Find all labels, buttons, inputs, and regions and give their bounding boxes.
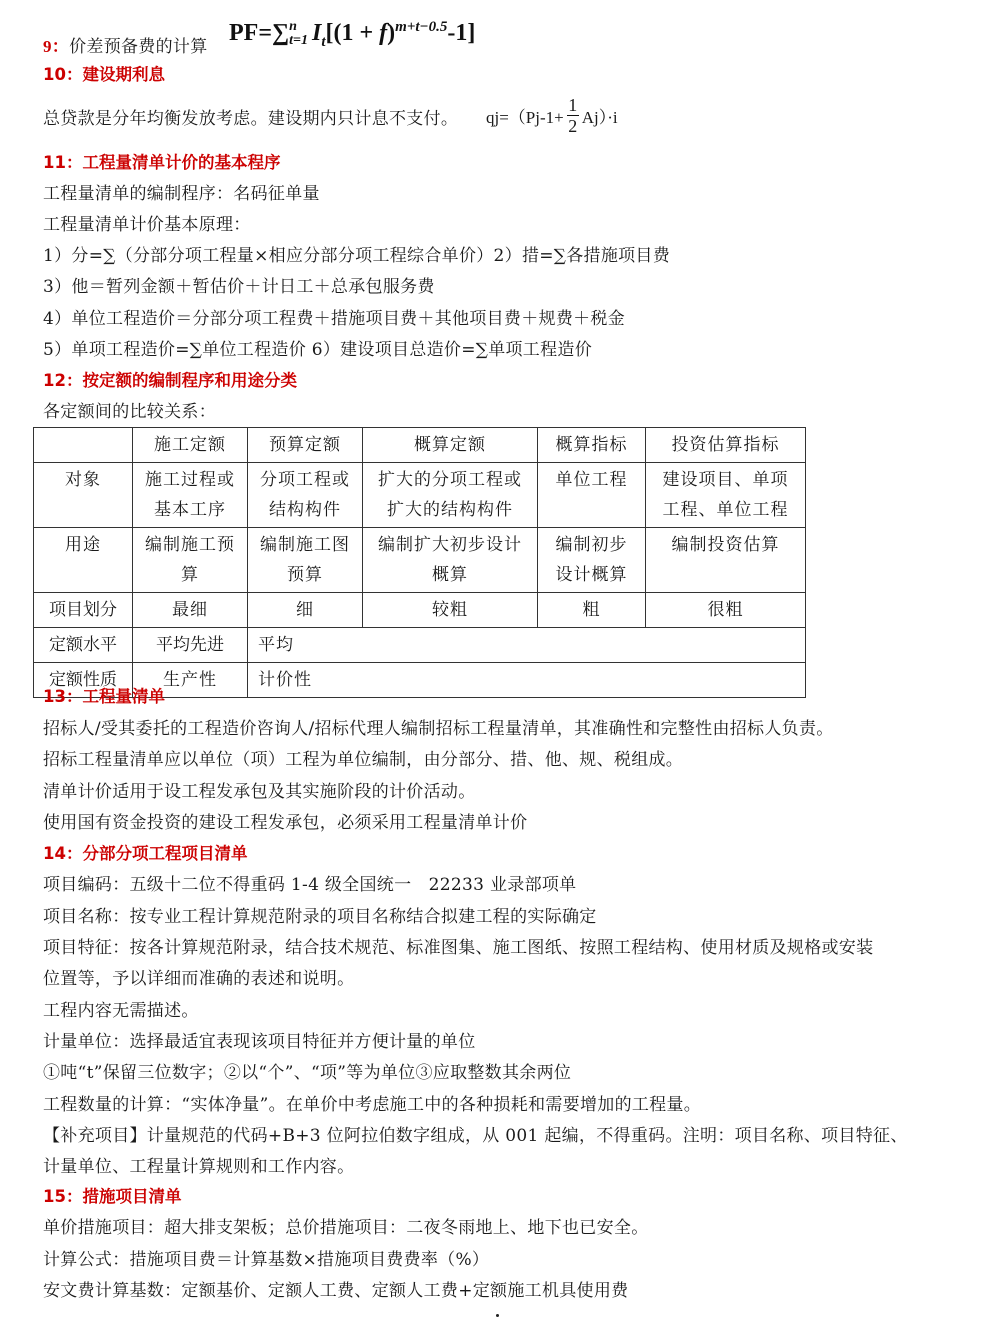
table-cell: 分项工程或结构构件 (248, 463, 363, 528)
formula-lhs: PF= (229, 20, 272, 46)
cell-line: 编制投资估算 (650, 530, 801, 560)
table-row: 项目划分 最细 细 较粗 粗 很粗 (34, 593, 806, 628)
table-row: 定额水平 平均先进 平均 (34, 628, 806, 663)
formula-term: I (312, 20, 321, 46)
sum-symbol: ∑ (272, 20, 289, 46)
formula-tail: -1] (447, 20, 475, 46)
interest-formula: qj=（Pj-1+ 1 2 Aj）·i (486, 95, 618, 136)
formula-exponent: m+t−0.5 (395, 19, 447, 35)
table-cell: 最细 (133, 593, 248, 628)
section-14-line: 位置等，予以详细而准确的表述和说明。 (43, 968, 354, 990)
section-11-line: 工程量清单计价基本原理： (43, 214, 251, 236)
sum-lower: t=1 (289, 34, 308, 48)
row-label: 用途 (34, 528, 133, 593)
table-cell: 编制施工预算 (133, 528, 248, 593)
section-11-line: 1）分=∑（分部分项工程量×相应分部分项工程综合单价）2）措=∑各措施项目费 (43, 245, 670, 267)
cell-line: 概算 (367, 560, 533, 590)
section-14-line: ①吨“t”保留三位数字；②以“个”、“项”等为单位③应取整数其余两位 (43, 1062, 571, 1084)
section-9-number: 9： (43, 37, 69, 56)
table-cell: 平均先进 (133, 628, 248, 663)
table-cell: 施工过程或基本工序 (133, 463, 248, 528)
section-14-line: 计量单位、工程量计算规则和工作内容。 (43, 1156, 354, 1178)
cell-line: 编制施工预 (137, 530, 243, 560)
section-9-line: 9：价差预备费的计算 (43, 36, 208, 58)
cell-line: 编制初步 (542, 530, 641, 560)
table-cell: 平均 (248, 628, 806, 663)
section-15-line: 安文费计算基数：定额基价、定额人工费、定额人工费+定额施工机具使用费 (43, 1280, 628, 1302)
table-cell: 编制施工图预算 (248, 528, 363, 593)
section-12-heading: 12：按定额的编制程序和用途分类 (43, 370, 297, 392)
page-number-fragment (496, 1314, 499, 1317)
formula-f: f (379, 20, 387, 46)
cell-line: 预算 (252, 560, 358, 590)
table-header-cell (34, 428, 133, 463)
section-14-line: 项目编码：五级十二位不得重码 1-4 级全国统一 22233 业录部项单 (43, 874, 576, 896)
section-12-intro: 各定额间的比较关系： (43, 401, 216, 423)
table-cell: 很粗 (646, 593, 806, 628)
price-contingency-formula: PF=∑nt=1It[(1 + f)m+t−0.5-1] (229, 12, 475, 57)
table-header-cell: 施工定额 (133, 428, 248, 463)
row-label: 定额水平 (34, 628, 133, 663)
table-row: 对象 施工过程或基本工序 分项工程或结构构件 扩大的分项工程或扩大的结构构件 单… (34, 463, 806, 528)
table-cell: 编制初步设计概算 (538, 528, 646, 593)
cell-line: 施工过程或 (137, 465, 243, 495)
cell-line: 分项工程或 (252, 465, 358, 495)
cell-line: 算 (137, 560, 243, 590)
table-cell: 扩大的分项工程或扩大的结构构件 (363, 463, 538, 528)
cell-line: 工程、单位工程 (650, 495, 801, 525)
table-header-cell: 投资估算指标 (646, 428, 806, 463)
row-label: 对象 (34, 463, 133, 528)
section-11-line: 5）单项工程造价=∑单位工程造价 6）建设项目总造价=∑单项工程造价 (43, 339, 592, 361)
section-14-line: 项目名称：按专业工程计算规范附录的项目名称结合拟建工程的实际确定 (43, 906, 597, 928)
fraction-numerator: 1 (568, 95, 577, 115)
cell-line: 建设项目、单项 (650, 465, 801, 495)
cell-line: 基本工序 (137, 495, 243, 525)
row-label: 项目划分 (34, 593, 133, 628)
table-cell: 粗 (538, 593, 646, 628)
formula-close: ) (387, 20, 395, 46)
table-cell: 编制投资估算 (646, 528, 806, 593)
section-14-line: 项目特征：按各计算规范附录，结合技术规范、标准图集、施工图纸、按照工程结构、使用… (43, 937, 873, 959)
table-cell: 建设项目、单项工程、单位工程 (646, 463, 806, 528)
cell-line: 扩大的分项工程或 (367, 465, 533, 495)
cell-line: 扩大的结构构件 (367, 495, 533, 525)
section-14-line: 工程数量的计算：“实体净量”。在单价中考虑施工中的各种损耗和需要增加的工程量。 (43, 1094, 701, 1116)
table-row: 用途 编制施工预算 编制施工图预算 编制扩大初步设计概算 编制初步设计概算 编制… (34, 528, 806, 593)
table-cell: 单位工程 (538, 463, 646, 528)
section-13-line: 清单计价适用于设工程发承包及其实施阶段的计价活动。 (43, 781, 476, 803)
cell-line: 结构构件 (252, 495, 358, 525)
section-15-line: 计算公式：措施项目费＝计算基数×措施项目费费率（%） (43, 1249, 489, 1271)
fraction-denominator: 2 (568, 116, 577, 136)
section-9-title: 价差预备费的计算 (69, 37, 207, 57)
section-14-line: 计量单位：选择最适宜表现该项目特征并方便计量的单位 (43, 1031, 476, 1053)
interest-formula-suffix: Aj）·i (582, 103, 618, 128)
table-header-cell: 概算定额 (363, 428, 538, 463)
cell-line: 编制施工图 (252, 530, 358, 560)
section-15-line: 单价措施项目：超大排支架板；总价措施项目：二夜冬雨地上、地下也已安全。 (43, 1217, 649, 1239)
section-11-heading: 11：工程量清单计价的基本程序 (43, 152, 280, 174)
table-cell: 计价性 (248, 663, 806, 698)
section-10-heading: 10：建设期利息 (43, 64, 165, 86)
table-header-cell: 预算定额 (248, 428, 363, 463)
table-cell: 较粗 (363, 593, 538, 628)
section-15-heading: 15：措施项目清单 (43, 1186, 181, 1208)
cell-line: 编制扩大初步设计 (367, 530, 533, 560)
interest-formula-prefix: qj=（Pj-1+ (486, 103, 564, 128)
section-13-line: 招标工程量清单应以单位（项）工程为单位编制，由分部分、措、他、规、税组成。 (43, 749, 683, 771)
table-header-cell: 概算指标 (538, 428, 646, 463)
sum-upper: n (289, 20, 308, 34)
section-11-line: 3）他＝暂列金额＋暂估价＋计日工＋总承包服务费 (43, 276, 435, 298)
cell-line: 设计概算 (542, 560, 641, 590)
section-14-line: 工程内容无需描述。 (43, 1000, 199, 1022)
table-cell: 细 (248, 593, 363, 628)
fraction-half: 1 2 (567, 95, 579, 136)
section-10-body: 总贷款是分年均衡发放考虑。建设期内只计息不支付。 (43, 109, 458, 129)
section-14-heading: 14：分部分项工程项目清单 (43, 843, 247, 865)
section-11-line: 4）单位工程造价＝分部分项工程费＋措施项目费＋其他项目费＋规费＋税金 (43, 308, 625, 330)
table-header-row: 施工定额 预算定额 概算定额 概算指标 投资估算指标 (34, 428, 806, 463)
section-13-line: 使用国有资金投资的建设工程发承包，必须采用工程量清单计价 (43, 812, 527, 834)
table-cell: 编制扩大初步设计概算 (363, 528, 538, 593)
cell-line: 单位工程 (542, 465, 641, 495)
section-14-line: 【补充项目】计量规范的代码+B+3 位阿拉伯数字组成，从 001 起编，不得重码… (43, 1125, 908, 1147)
section-13-line: 招标人/受其委托的工程造价咨询人/招标代理人编制招标工程量清单，其准确性和完整性… (43, 718, 834, 740)
section-13-heading: 13：工程量清单 (43, 686, 165, 708)
formula-body: [(1 + (326, 20, 380, 46)
section-10-text: 总贷款是分年均衡发放考虑。建设期内只计息不支付。 (43, 108, 458, 130)
quota-comparison-table: 施工定额 预算定额 概算定额 概算指标 投资估算指标 对象 施工过程或基本工序 … (33, 427, 806, 698)
section-11-line: 工程量清单的编制程序：名码征单量 (43, 183, 320, 205)
